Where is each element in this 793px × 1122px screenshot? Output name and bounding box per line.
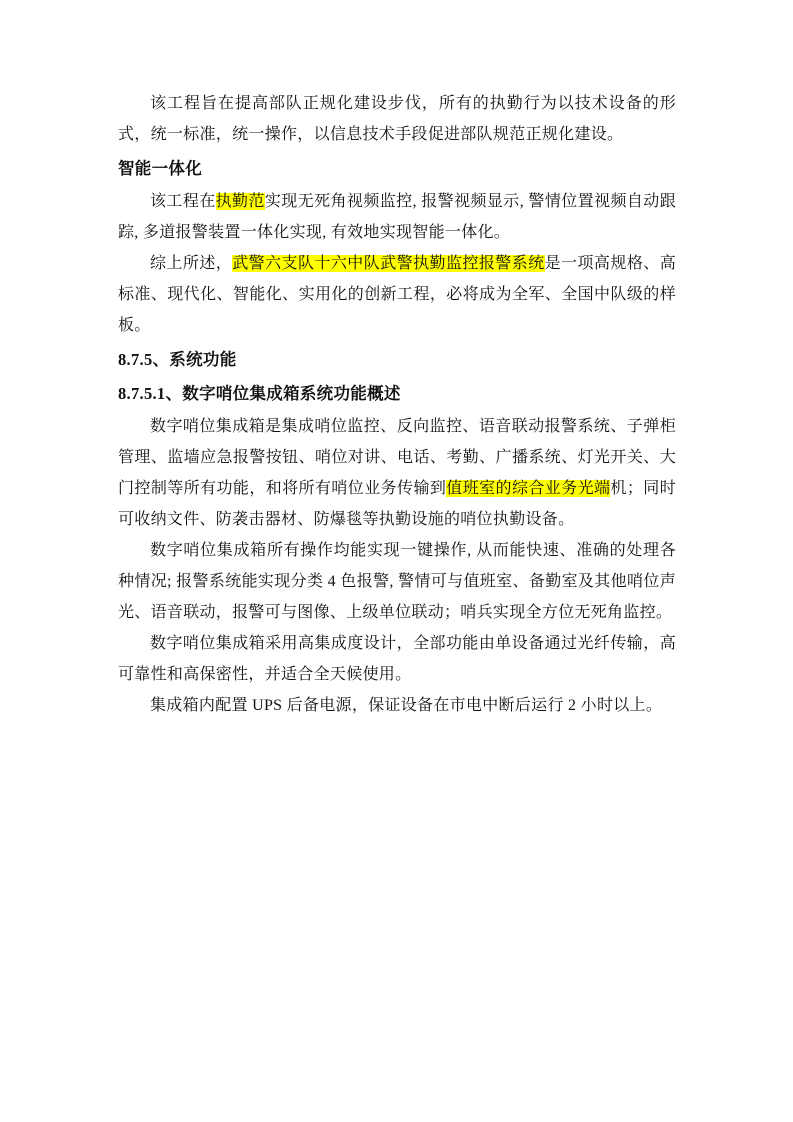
paragraph-project-aim: 该工程旨在提高部队正规化建设步伐，所有的执勤行为以技术设备的形式，统一标准，统一… xyxy=(118,88,676,150)
highlighted-text: 值班室的综合业务光端 xyxy=(446,480,610,497)
heading-digital-sentry-box-overview: 8.7.5.1、数字哨位集成箱系统功能概述 xyxy=(118,378,676,409)
highlighted-text: 执勤范 xyxy=(216,193,265,210)
heading-system-function: 8.7.5、系统功能 xyxy=(118,344,676,375)
text-run: 集成箱内配置 UPS 后备电源，保证设备在市电中断后运行 2 小时以上。 xyxy=(150,697,662,714)
text-run: 该工程在 xyxy=(150,193,216,210)
text-run: 智能一体化 xyxy=(118,159,202,178)
paragraph-summary: 综上所述，武警六支队十六中队武警执勤监控报警系统是一项高规格、高标准、现代化、智… xyxy=(118,248,676,341)
paragraph-one-key-operation: 数字哨位集成箱所有操作均能实现一键操作, 从而能快速、准确的处理各种情况; 报警… xyxy=(118,535,676,628)
heading-intelligent-integration: 智能一体化 xyxy=(118,153,676,184)
text-run: 8.7.5、系统功能 xyxy=(118,350,237,369)
paragraph-duty-video-monitoring: 该工程在执勤范实现无死角视频监控, 报警视频显示, 警情位置视频自动跟踪, 多道… xyxy=(118,186,676,248)
paragraph-high-integration-design: 数字哨位集成箱采用高集成度设计，全部功能由单设备通过光纤传输，高可靠性和高保密性… xyxy=(118,628,676,690)
text-run: 数字哨位集成箱采用高集成度设计，全部功能由单设备通过光纤传输，高可靠性和高保密性… xyxy=(118,635,676,683)
text-run: 数字哨位集成箱所有操作均能实现一键操作, 从而能快速、准确的处理各种情况; 报警… xyxy=(118,542,676,621)
paragraph-box-functions: 数字哨位集成箱是集成哨位监控、反向监控、语音联动报警系统、子弹柜管理、监墙应急报… xyxy=(118,411,676,535)
document-page: 该工程旨在提高部队正规化建设步伐，所有的执勤行为以技术设备的形式，统一标准，统一… xyxy=(0,0,793,1122)
highlighted-text: 武警六支队十六中队武警执勤监控报警系统 xyxy=(232,255,544,272)
text-run: 8.7.5.1、数字哨位集成箱系统功能概述 xyxy=(118,384,401,403)
text-run: 综上所述， xyxy=(150,255,232,272)
paragraph-ups-backup: 集成箱内配置 UPS 后备电源，保证设备在市电中断后运行 2 小时以上。 xyxy=(118,690,676,721)
text-run: 该工程旨在提高部队正规化建设步伐，所有的执勤行为以技术设备的形式，统一标准，统一… xyxy=(118,95,676,143)
